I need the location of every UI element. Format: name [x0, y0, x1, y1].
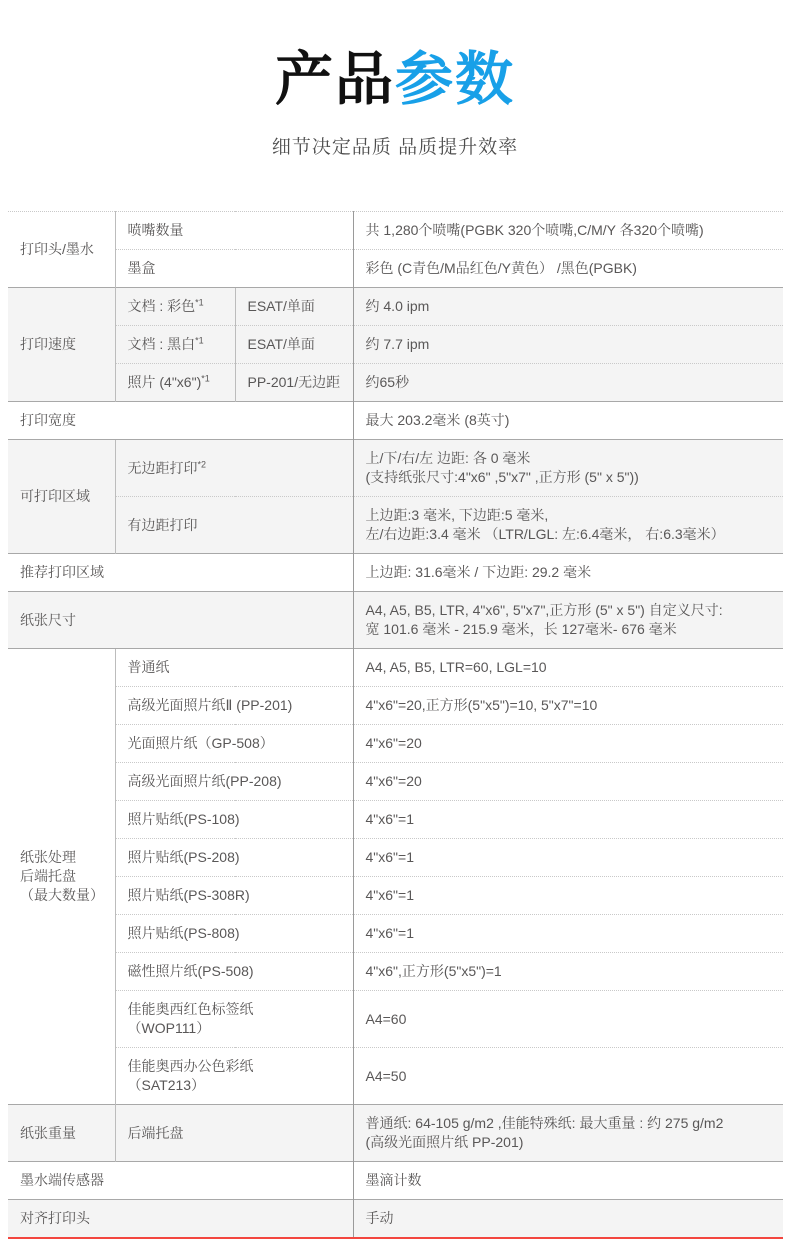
- footnote-marker: *1: [195, 297, 204, 307]
- spec-row: 有边距打印 上边距:3 毫米, 下边距:5 毫米, 左/右边距:3.4 毫米 （…: [8, 497, 783, 554]
- spec-row: 照片贴纸(PS-208) 4"x6"=1: [8, 839, 783, 877]
- spec-value: 共 1,280个喷嘴(PGBK 320个喷嘴,C/M/Y 各320个喷嘴): [353, 212, 783, 250]
- footnote-marker: *1: [201, 373, 210, 383]
- sub-label: 喷嘴数量: [115, 212, 353, 250]
- sub-label: 佳能奥西红色标签纸 （WOP111）: [115, 991, 353, 1048]
- page-title: 产品参数: [0, 44, 790, 116]
- spec-value: 约 4.0 ipm: [353, 288, 783, 326]
- spec-value: A4, A5, B5, LTR=60, LGL=10: [353, 649, 783, 687]
- spec-row: 照片贴纸(PS-308R) 4"x6"=1: [8, 877, 783, 915]
- sub-label: 磁性照片纸(PS-508): [115, 953, 353, 991]
- spec-row: 墨水端传感器 墨滴计数: [8, 1162, 783, 1200]
- sub-label: 墨盒: [115, 250, 353, 288]
- group-label-paper-size: 纸张尺寸: [8, 592, 353, 649]
- spec-row: 高级光面照片纸Ⅱ (PP-201) 4"x6"=20,正方形(5"x5")=10…: [8, 687, 783, 725]
- spec-row: 对齐打印头 手动: [8, 1200, 783, 1239]
- spec-row: 纸张处理 后端托盘 （最大数量） 普通纸 A4, A5, B5, LTR=60,…: [8, 649, 783, 687]
- spec-table-wrap: 打印头/墨水 喷嘴数量 共 1,280个喷嘴(PGBK 320个喷嘴,C/M/Y…: [8, 211, 790, 1239]
- group-label-printable-area: 可打印区域: [8, 440, 115, 554]
- sub-label: 有边距打印: [115, 497, 353, 554]
- spec-value: A4=60: [353, 991, 783, 1048]
- group-label-paper-handling: 纸张处理 后端托盘 （最大数量）: [8, 649, 115, 1105]
- spec-value: 4"x6"=20: [353, 763, 783, 801]
- spec-row: 磁性照片纸(PS-508) 4"x6",正方形(5"x5")=1: [8, 953, 783, 991]
- spec-value: 4"x6"=1: [353, 839, 783, 877]
- sub-label: 照片贴纸(PS-208): [115, 839, 353, 877]
- spec-row: 推荐打印区域 上边距: 31.6毫米 / 下边距: 29.2 毫米: [8, 554, 783, 592]
- group-label-print-speed: 打印速度: [8, 288, 115, 402]
- spec-value: 上边距:3 毫米, 下边距:5 毫米, 左/右边距:3.4 毫米 （LTR/LG…: [353, 497, 783, 554]
- group-label-printhead-ink: 打印头/墨水: [8, 212, 115, 288]
- spec-row: 纸张尺寸 A4, A5, B5, LTR, 4"x6", 5"x7",正方形 (…: [8, 592, 783, 649]
- spec-row: 可打印区域 无边距打印*2 上/下/右/左 边距: 各 0 毫米 (支持纸张尺寸…: [8, 440, 783, 497]
- page-header: 产品参数 细节决定品质 品质提升效率: [0, 0, 790, 159]
- sub-label: 照片贴纸(PS-308R): [115, 877, 353, 915]
- spec-row: 佳能奥西办公色彩纸 （SAT213） A4=50: [8, 1048, 783, 1105]
- sub-label: 高级光面照片纸(PP-208): [115, 763, 353, 801]
- sub-label: 无边距打印*2: [115, 440, 353, 497]
- spec-value: 彩色 (C青色/M品红色/Y黄色） /黑色(PGBK): [353, 250, 783, 288]
- spec-row: 佳能奥西红色标签纸 （WOP111） A4=60: [8, 991, 783, 1048]
- page-title-accent: 参数: [395, 47, 515, 112]
- spec-value: 手动: [353, 1200, 783, 1239]
- sub-label-text: 无边距打印: [128, 460, 198, 476]
- spec-value: 4"x6"=20,正方形(5"x5")=10, 5"x7"=10: [353, 687, 783, 725]
- sub-label-2: ESAT/单面: [235, 326, 353, 364]
- group-label-print-width: 打印宽度: [8, 402, 353, 440]
- spec-value: A4, A5, B5, LTR, 4"x6", 5"x7",正方形 (5" x …: [353, 592, 783, 649]
- spec-row: 高级光面照片纸(PP-208) 4"x6"=20: [8, 763, 783, 801]
- spec-value: 上/下/右/左 边距: 各 0 毫米 (支持纸张尺寸:4"x6" ,5"x7" …: [353, 440, 783, 497]
- sub-label-text: 文档 : 黑白: [128, 336, 196, 352]
- spec-value: 约 7.7 ipm: [353, 326, 783, 364]
- page-subtitle: 细节决定品质 品质提升效率: [0, 132, 790, 159]
- spec-row: 打印速度 文档 : 彩色*1 ESAT/单面 约 4.0 ipm: [8, 288, 783, 326]
- sub-label: 照片 (4"x6")*1: [115, 364, 235, 402]
- sub-label: 文档 : 彩色*1: [115, 288, 235, 326]
- spec-value: 4"x6"=1: [353, 915, 783, 953]
- sub-label: 佳能奥西办公色彩纸 （SAT213）: [115, 1048, 353, 1105]
- spec-row: 照片贴纸(PS-808) 4"x6"=1: [8, 915, 783, 953]
- spec-value: 上边距: 31.6毫米 / 下边距: 29.2 毫米: [353, 554, 783, 592]
- spec-value: 墨滴计数: [353, 1162, 783, 1200]
- sub-label: 照片贴纸(PS-808): [115, 915, 353, 953]
- footnote-marker: *2: [198, 459, 207, 469]
- sub-label: 普通纸: [115, 649, 353, 687]
- spec-row: 照片 (4"x6")*1 PP-201/无边距 约65秒: [8, 364, 783, 402]
- group-label-ink-sensor: 墨水端传感器: [8, 1162, 353, 1200]
- spec-row: 文档 : 黑白*1 ESAT/单面 约 7.7 ipm: [8, 326, 783, 364]
- spec-value: 约65秒: [353, 364, 783, 402]
- group-label-printhead-alignment: 对齐打印头: [8, 1200, 353, 1239]
- spec-row: 照片贴纸(PS-108) 4"x6"=1: [8, 801, 783, 839]
- sub-label: 文档 : 黑白*1: [115, 326, 235, 364]
- footnote-marker: *1: [195, 335, 204, 345]
- sub-label: 高级光面照片纸Ⅱ (PP-201): [115, 687, 353, 725]
- spec-table: 打印头/墨水 喷嘴数量 共 1,280个喷嘴(PGBK 320个喷嘴,C/M/Y…: [8, 211, 783, 1239]
- sub-label-2: ESAT/单面: [235, 288, 353, 326]
- sub-label-text: 照片 (4"x6"): [128, 374, 202, 390]
- spec-value: 4"x6"=1: [353, 801, 783, 839]
- spec-value: 4"x6",正方形(5"x5")=1: [353, 953, 783, 991]
- spec-row: 墨盒 彩色 (C青色/M品红色/Y黄色） /黑色(PGBK): [8, 250, 783, 288]
- spec-value: 4"x6"=1: [353, 877, 783, 915]
- spec-row: 打印宽度 最大 203.2毫米 (8英寸): [8, 402, 783, 440]
- sub-label: 光面照片纸（GP-508）: [115, 725, 353, 763]
- group-label-paper-weight: 纸张重量: [8, 1105, 115, 1162]
- sub-label: 后端托盘: [115, 1105, 353, 1162]
- spec-value: 普通纸: 64-105 g/m2 ,佳能特殊纸: 最大重量 : 约 275 g/…: [353, 1105, 783, 1162]
- group-label-recommended-area: 推荐打印区域: [8, 554, 353, 592]
- spec-row: 光面照片纸（GP-508） 4"x6"=20: [8, 725, 783, 763]
- spec-value: 最大 203.2毫米 (8英寸): [353, 402, 783, 440]
- sub-label-text: 文档 : 彩色: [128, 298, 196, 314]
- spec-value: A4=50: [353, 1048, 783, 1105]
- spec-value: 4"x6"=20: [353, 725, 783, 763]
- spec-row: 纸张重量 后端托盘 普通纸: 64-105 g/m2 ,佳能特殊纸: 最大重量 …: [8, 1105, 783, 1162]
- sub-label: 照片贴纸(PS-108): [115, 801, 353, 839]
- spec-row: 打印头/墨水 喷嘴数量 共 1,280个喷嘴(PGBK 320个喷嘴,C/M/Y…: [8, 212, 783, 250]
- page-title-black: 产品: [275, 47, 395, 112]
- sub-label-2: PP-201/无边距: [235, 364, 353, 402]
